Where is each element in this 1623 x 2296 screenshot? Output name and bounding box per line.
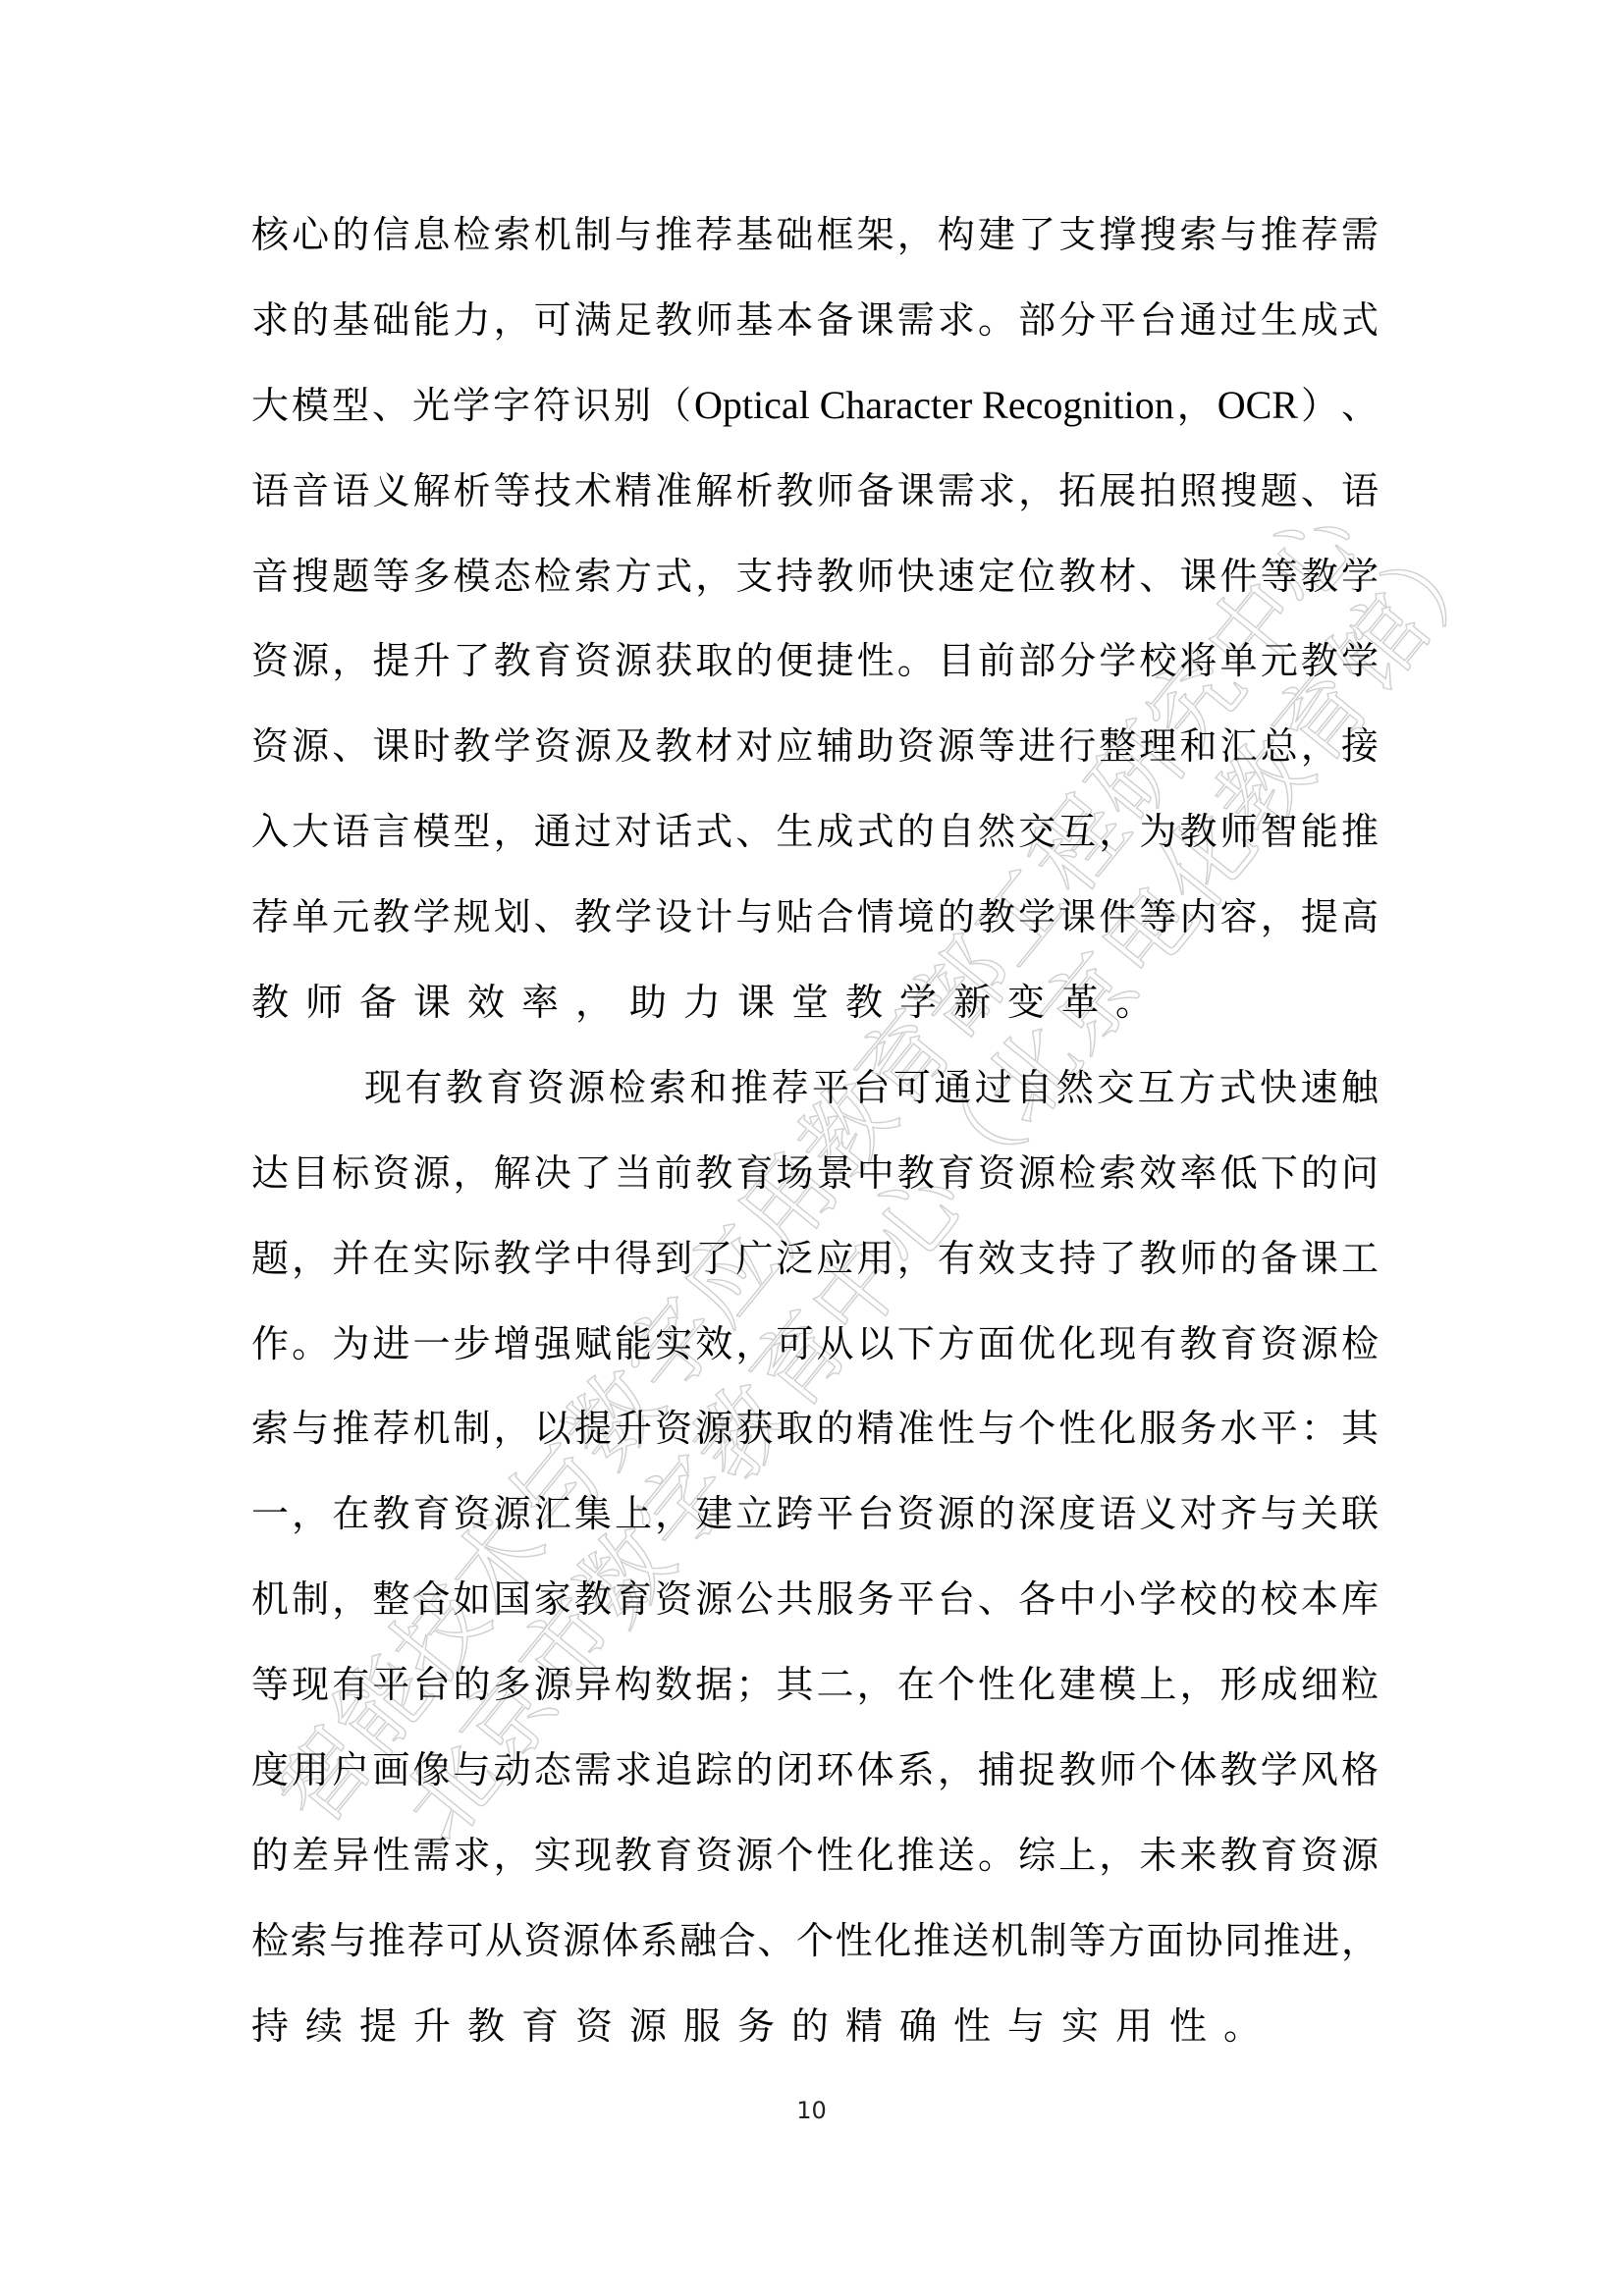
text-line: 机制，整合如国家教育资源公共服务平台、各中小学校的校本库: [251, 1557, 1379, 1642]
text-line: 持续提升教育资源服务的精确性与实用性。: [251, 1984, 1379, 2069]
text-line: 语音语义解析等技术精准解析教师备课需求，拓展拍照搜题、语: [251, 449, 1379, 534]
text-line: 现有教育资源检索和推荐平台可通过自然交互方式快速触: [251, 1045, 1379, 1131]
text-line: 达目标资源，解决了当前教育场景中教育资源检索效率低下的问: [251, 1131, 1379, 1216]
text-line: 等现有平台的多源异构数据；其二，在个性化建模上，形成细粒: [251, 1642, 1379, 1728]
text-line: 核心的信息检索机制与推荐基础框架，构建了支撑搜索与推荐需: [251, 192, 1379, 278]
text-line: 度用户画像与动态需求追踪的闭环体系，捕捉教师个体教学风格: [251, 1728, 1379, 1813]
text-line: 索与推荐机制，以提升资源获取的精准性与个性化服务水平：其: [251, 1386, 1379, 1471]
text-line: 题，并在实际教学中得到了广泛应用，有效支持了教师的备课工: [251, 1216, 1379, 1302]
text-line: 求的基础能力，可满足教师基本备课需求。部分平台通过生成式: [251, 278, 1379, 363]
text-line: 资源，提升了教育资源获取的便捷性。目前部分学校将单元教学: [251, 618, 1379, 704]
text-line: 检索与推荐可从资源体系融合、个性化推送机制等方面协同推进，: [251, 1898, 1379, 1984]
paragraph-1: 核心的信息检索机制与推荐基础框架，构建了支撑搜索与推荐需 求的基础能力，可满足教…: [251, 192, 1379, 1045]
body-text: 核心的信息检索机制与推荐基础框架，构建了支撑搜索与推荐需 求的基础能力，可满足教…: [251, 192, 1379, 2069]
text-line: 入大语言模型，通过对话式、生成式的自然交互，为教师智能推: [251, 789, 1379, 875]
text-line: 教师备课效率，助力课堂教学新变革。: [251, 960, 1379, 1045]
document-page: 智能技术与数字应用教育部工程研究中心 北京市数字教育中心（北京电化教育馆） 核心…: [0, 0, 1623, 2296]
text-line: 一，在教育资源汇集上，建立跨平台资源的深度语义对齐与关联: [251, 1471, 1379, 1557]
page-number: 10: [0, 2097, 1623, 2124]
paragraph-2: 现有教育资源检索和推荐平台可通过自然交互方式快速触 达目标资源，解决了当前教育场…: [251, 1045, 1379, 2069]
text-line: 资源、课时教学资源及教材对应辅助资源等进行整理和汇总，接: [251, 704, 1379, 789]
text-line: 作。为进一步增强赋能实效，可从以下方面优化现有教育资源检: [251, 1302, 1379, 1387]
text-line: 大模型、光学字符识别（Optical Character Recognition…: [251, 363, 1379, 449]
text-line: 荐单元教学规划、教学设计与贴合情境的教学课件等内容，提高: [251, 875, 1379, 960]
text-line: 音搜题等多模态检索方式，支持教师快速定位教材、课件等教学: [251, 534, 1379, 619]
text-line: 的差异性需求，实现教育资源个性化推送。综上，未来教育资源: [251, 1813, 1379, 1898]
